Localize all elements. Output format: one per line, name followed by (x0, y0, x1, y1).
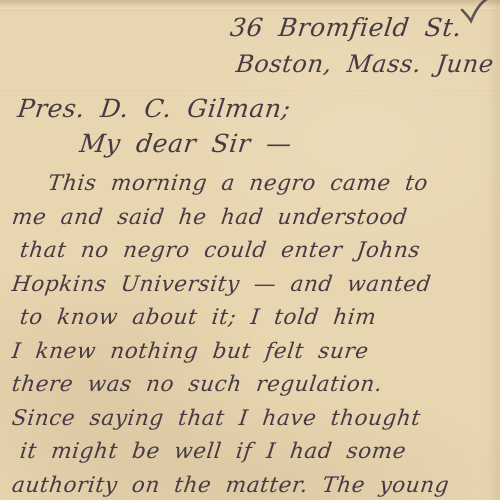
body-line: I knew nothing but felt sure (10, 335, 500, 369)
paper-crease (0, 88, 500, 91)
body-line: This morning a negro came to (10, 167, 500, 201)
body-line: authority on the matter. The young (10, 469, 500, 500)
body-line: Hopkins University — and wanted (10, 268, 500, 302)
body-line: there was no such regulation. (10, 368, 500, 402)
body-line: me and said he had understood (10, 201, 500, 235)
body-line: Since saying that I have thought (10, 402, 500, 436)
body-line: it might be well if I had some (10, 435, 500, 469)
salutation-line: My dear Sir — (78, 129, 294, 158)
letter-header: 36 Bromfield St. Boston, Mass. June 5th … (228, 10, 500, 82)
city-date-line: Boston, Mass. June 5th '8 (234, 46, 500, 82)
letter-page: 36 Bromfield St. Boston, Mass. June 5th … (0, 0, 500, 500)
recipient-line: Pres. D. C. Gilman; (16, 94, 293, 123)
address-line: 36 Bromfield St. (228, 10, 500, 46)
letter-body: This morning a negro came to me and said… (10, 167, 500, 500)
body-line: to know about it; I told him (10, 301, 500, 335)
body-line: that no negro could enter Johns (10, 234, 500, 268)
